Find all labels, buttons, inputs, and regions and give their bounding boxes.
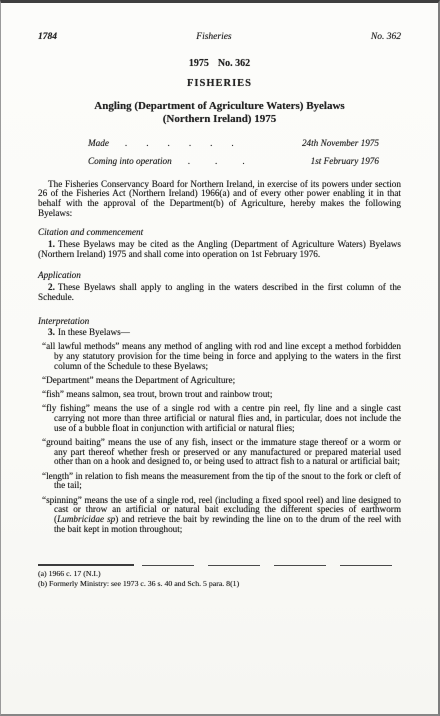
sr-number: No. 362 bbox=[218, 58, 250, 69]
footnotes: (a) 1966 c. 17 (N.I.) (b) Formerly Minis… bbox=[38, 569, 401, 587]
definition-spinning: “spinning” means the use of a single rod… bbox=[42, 496, 401, 535]
preamble-paragraph: The Fisheries Conservancy Board for Nort… bbox=[38, 180, 401, 219]
byelaw-2-paragraph: 2.These Byelaws shall apply to angling i… bbox=[38, 283, 401, 302]
definition-length: “length” in relation to fish means the m… bbox=[42, 472, 401, 491]
definition-term: “fish” bbox=[42, 389, 64, 399]
definition-term: “spinning” bbox=[42, 495, 82, 505]
made-row: Made ...... 24th November 1975 bbox=[88, 139, 379, 149]
title-line-1: Angling (Department of Agriculture Water… bbox=[38, 100, 401, 113]
definition-department: “Department” means the Department of Agr… bbox=[42, 376, 401, 386]
definition-term: “fly fishing” bbox=[42, 403, 90, 413]
section-heading-citation: Citation and commencement bbox=[38, 228, 401, 238]
definition-text: means the Department of Agriculture; bbox=[94, 375, 236, 385]
byelaw-2-text: These Byelaws shall apply to angling in … bbox=[38, 282, 401, 302]
definition-text: in relation to fish means the measuremen… bbox=[54, 471, 401, 491]
definition-term: “Department” bbox=[42, 375, 94, 385]
dates-block: Made ...... 24th November 1975 Coming in… bbox=[88, 139, 379, 166]
section-heading-application: Application bbox=[38, 271, 401, 281]
footnote-b: (b) Formerly Ministry: see 1973 c. 36 s.… bbox=[38, 579, 401, 588]
definition-all-lawful-methods: “all lawful methods” means any method of… bbox=[42, 342, 401, 371]
definitions-list: “all lawful methods” means any method of… bbox=[38, 342, 401, 534]
definition-term: “ground baiting” bbox=[42, 437, 105, 447]
page-number: 1784 bbox=[38, 33, 57, 43]
species-name: Lumbricidae sp bbox=[57, 514, 115, 524]
definition-term: “length” bbox=[42, 471, 73, 481]
definition-ground-baiting: “ground baiting” means the use of any fi… bbox=[42, 438, 401, 467]
dot-leader: ... bbox=[172, 157, 311, 167]
definition-term: “all lawful methods” bbox=[42, 341, 119, 351]
document-title: Angling (Department of Agriculture Water… bbox=[38, 100, 401, 126]
footnote-block: (a) 1966 c. 17 (N.I.) (b) Formerly Minis… bbox=[38, 563, 401, 587]
byelaw-1-text: These Byelaws may be cited as the Anglin… bbox=[38, 239, 401, 259]
running-header: 1784 Fisheries No. 362 bbox=[38, 33, 401, 43]
made-date: 24th November 1975 bbox=[302, 139, 379, 149]
definition-text: means salmon, sea trout, brown trout and… bbox=[64, 389, 272, 399]
coming-into-operation-date: 1st February 1976 bbox=[311, 157, 379, 167]
made-label: Made bbox=[88, 139, 109, 149]
subject-heading: FISHERIES bbox=[38, 79, 401, 89]
definition-text: means the use of a single rod with a cen… bbox=[54, 403, 401, 432]
year: 1975 bbox=[189, 58, 209, 69]
document-page: 1784 Fisheries No. 362 1975No. 362 FISHE… bbox=[0, 0, 440, 716]
byelaw-3-text: In these Byelaws— bbox=[58, 327, 130, 337]
byelaw-3-paragraph: 3.In these Byelaws— bbox=[38, 328, 401, 338]
coming-into-operation-row: Coming into operation ... 1st February 1… bbox=[88, 157, 379, 167]
byelaw-1-number: 1. bbox=[48, 239, 55, 249]
title-line-2: (Northern Ireland) 1975 bbox=[38, 113, 401, 126]
footnote-rule-segment bbox=[142, 565, 393, 566]
definition-fly-fishing: “fly fishing” means the use of a single … bbox=[42, 404, 401, 433]
dot-leader: ...... bbox=[109, 139, 302, 149]
instrument-number: No. 362 bbox=[371, 33, 401, 43]
footnote-rule bbox=[38, 563, 401, 567]
byelaw-2-number: 2. bbox=[48, 282, 55, 292]
byelaw-3-number: 3. bbox=[48, 327, 55, 337]
footnote-a: (a) 1966 c. 17 (N.I.) bbox=[38, 569, 401, 578]
definition-fish: “fish” means salmon, sea trout, brown tr… bbox=[42, 390, 401, 400]
definition-text: means the use of any fish, insect or the… bbox=[54, 437, 401, 466]
running-title: Fisheries bbox=[196, 33, 231, 43]
year-number-line: 1975No. 362 bbox=[38, 59, 401, 69]
footnote-rule-segment bbox=[38, 564, 134, 566]
byelaw-1-paragraph: 1.These Byelaws may be cited as the Angl… bbox=[38, 240, 401, 259]
section-heading-interpretation: Interpretation bbox=[38, 317, 401, 327]
coming-into-operation-label: Coming into operation bbox=[88, 157, 172, 167]
